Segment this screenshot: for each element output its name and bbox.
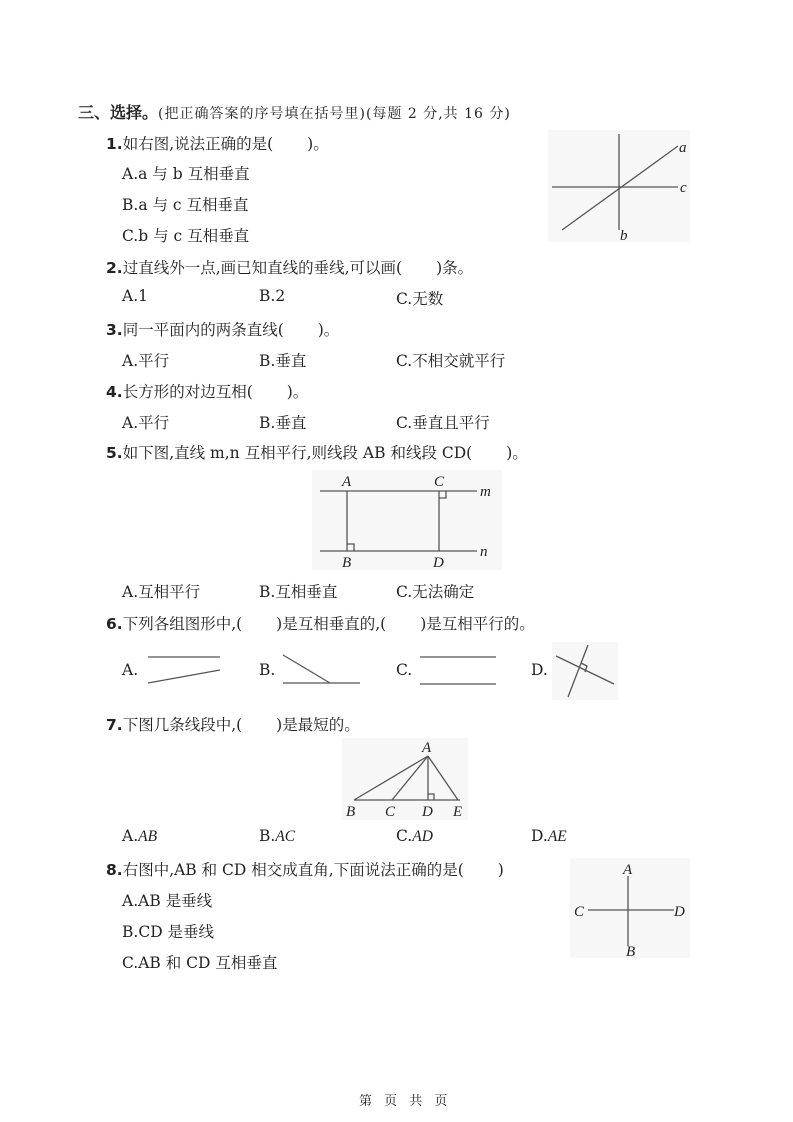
svg-text:A: A [341, 474, 352, 490]
q3-option-a[interactable]: A.平行 [122, 349, 169, 371]
q3-option-b[interactable]: B.垂直 [259, 349, 306, 371]
svg-text:C: C [434, 474, 445, 490]
svg-text:B: B [346, 804, 355, 820]
svg-text:B: B [342, 555, 351, 570]
svg-text:A: A [421, 740, 432, 756]
page-footer: 第 页 共 页 [359, 1090, 451, 1109]
q2-option-a[interactable]: A.1 [122, 287, 148, 305]
q6-figure-b-intersecting-lines [280, 650, 364, 690]
q6-option-b-label[interactable]: B. [259, 661, 275, 679]
svg-text:C: C [574, 904, 585, 920]
q8-option-a[interactable]: A.AB 是垂线 [122, 889, 212, 911]
q6-figure-c-parallel-lines [418, 650, 498, 690]
svg-text:A: A [622, 862, 633, 878]
svg-text:n: n [480, 544, 488, 560]
q3-option-c[interactable]: C.不相交就平行 [396, 349, 505, 371]
q4-option-a[interactable]: A.平行 [122, 411, 169, 433]
svg-text:a: a [679, 140, 687, 156]
q5-option-c[interactable]: C.无法确定 [396, 580, 474, 602]
svg-text:D: D [673, 904, 685, 920]
question-6: 6.下列各组图形中,()是互相垂直的,()是互相平行的。 [106, 612, 535, 634]
q6-figure-d-perpendicular-lines [552, 642, 618, 700]
q5-figure-parallel-lines: A C m B D n [312, 470, 502, 570]
section-heading: 三、选择。 [78, 103, 158, 122]
q7-option-b[interactable]: B.AC [259, 827, 295, 846]
q1-option-a[interactable]: A.a 与 b 互相垂直 [122, 162, 250, 184]
q6-figure-a-nonparallel-lines [146, 650, 222, 690]
q8-option-c[interactable]: C.AB 和 CD 互相垂直 [122, 951, 277, 973]
svg-text:B: B [626, 944, 635, 958]
question-4: 4.长方形的对边互相()。 [106, 380, 308, 402]
q2-option-b[interactable]: B.2 [259, 287, 285, 305]
q7-option-d[interactable]: D.AE [531, 827, 567, 846]
q8-figure-perpendicular-cross: A C D B [570, 858, 690, 958]
question-8: 8.右图中,AB 和 CD 相交成直角,下面说法正确的是() [106, 858, 504, 880]
q8-option-b[interactable]: B.CD 是垂线 [122, 920, 214, 942]
svg-text:C: C [385, 804, 396, 820]
question-1: 1.如右图,说法正确的是()。 [106, 132, 329, 154]
section-instruction: (把正确答案的序号填在括号里)(每题 2 分,共 16 分) [158, 106, 511, 122]
question-7: 7.下图几条线段中,()是最短的。 [106, 713, 360, 735]
q7-option-a[interactable]: A.AB [122, 827, 157, 846]
q1-option-b[interactable]: B.a 与 c 互相垂直 [122, 193, 249, 215]
q5-option-a[interactable]: A.互相平行 [122, 580, 200, 602]
q7-option-c[interactable]: C.AD [396, 827, 433, 846]
q2-option-c[interactable]: C.无数 [396, 287, 443, 309]
question-5: 5.如下图,直线 m,n 互相平行,则线段 AB 和线段 CD()。 [106, 441, 528, 463]
question-2: 2.过直线外一点,画已知直线的垂线,可以画()条。 [106, 256, 473, 278]
q7-figure-triangle-segments: A B C D E [342, 738, 468, 820]
svg-text:b: b [620, 228, 628, 242]
q6-option-a-label[interactable]: A. [122, 661, 138, 679]
q4-option-b[interactable]: B.垂直 [259, 411, 306, 433]
q4-option-c[interactable]: C.垂直且平行 [396, 411, 490, 433]
section-title: 三、选择。(把正确答案的序号填在括号里)(每题 2 分,共 16 分) [78, 100, 511, 123]
q6-option-d-label[interactable]: D. [531, 661, 548, 679]
svg-text:D: D [432, 555, 444, 570]
q5-option-b[interactable]: B.互相垂直 [259, 580, 337, 602]
svg-text:E: E [452, 804, 462, 820]
q1-figure-intersecting-lines: a c b [548, 130, 690, 242]
svg-text:m: m [480, 484, 491, 500]
q6-option-c-label[interactable]: C. [396, 661, 412, 679]
q1-option-c[interactable]: C.b 与 c 互相垂直 [122, 224, 249, 246]
svg-text:D: D [421, 804, 433, 820]
svg-text:c: c [680, 180, 687, 196]
question-3: 3.同一平面内的两条直线()。 [106, 318, 339, 340]
